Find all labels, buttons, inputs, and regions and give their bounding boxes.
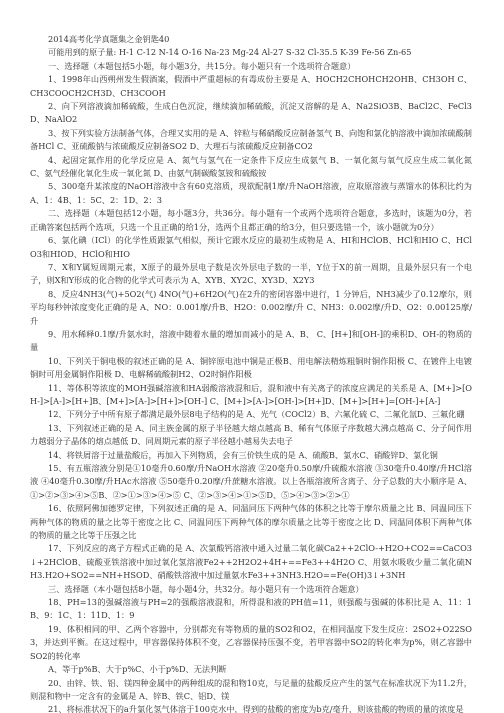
document-title: 2014高考化学真题集之金钥匙40 — [30, 33, 472, 46]
question-9: 9、用水稀释0.1摩/升氨水时，溶液中随着水量的增加而减小的是 A、B、 C、[… — [30, 328, 472, 355]
question-4: 4、起固定氮作用的化学反应是 A、氮气与氢气在一定条件下反应生成氨气 B、一氧化… — [30, 154, 472, 181]
question-8: 8、反应4NH3(气)+5O2(气) 4NO(气)+6H2O(气)在2升的密闭容… — [30, 288, 472, 328]
question-6: 6、氯化碘（ICl）的化学性质跟氯气相似，预计它跟水反应的最初生成物是 A、HI… — [30, 234, 472, 261]
section-heading-3: 三、选择题（本小题包括8小题，每小题4分，共32分。每小题只有一个选项符合题意） — [30, 583, 472, 596]
question-2: 2、向下列溶液滴加稀硫酸，生成白色沉淀，继续滴加稀硫酸，沉淀又溶解的是 A、Na… — [30, 100, 472, 127]
atomic-masses-line: 可能用到的原子量: H-1 C-12 N-14 O-16 Na-23 Mg-24… — [30, 46, 472, 59]
question-19: 19、体积相同的甲、乙两个容器中，分别都充有等物质的量的SO2和O2，在相同温度… — [30, 623, 472, 663]
question-12: 12、下列分子中所有原子都满足最外层8电子结构的是 A、光气（COCl2）B、六… — [30, 408, 472, 421]
question-16: 16、依照阿佛加德罗定律，下列叙述正确的是 A、同温同压下两种气体的体积之比等于… — [30, 502, 472, 542]
question-21: 21、将标准状况下的a升氯化氢气体溶于100克水中，得到的盐酸的密度为b克/毫升… — [30, 703, 472, 713]
section-heading-1: 一、选择题（本题包括5小题，每小题3分，共15分。每小题只有一个选项符合题意） — [30, 60, 472, 73]
question-18: 18、PH=13的强碱溶液与PH=2的强酸溶液混和，所得混和液的PH值=11，则… — [30, 596, 472, 623]
question-7: 7、X和Y属短周期元素，X原子的最外层电子数是次外层电子数的一半，Y位于X的前一… — [30, 261, 472, 288]
question-11: 11、等体积等浓度的MOH强碱溶液和HA弱酸溶液混和后，混和液中有关离子的浓度应… — [30, 382, 472, 409]
document-page: 2014高考化学真题集之金钥匙40 可能用到的原子量: H-1 C-12 N-1… — [30, 33, 472, 713]
question-17: 17、下列反应的离子方程式正确的是 A、次氯酸钙溶液中通入过量二氧化碳Ca2++… — [30, 542, 472, 582]
question-5: 5、300毫升某浓度的NaOH溶液中含有60克溶质，现欲配制1摩/升NaOH溶液… — [30, 180, 472, 207]
question-19-options: A、等于p%B、大于p%C、小于p%D、无法判断 — [30, 663, 472, 676]
question-10: 10、下列关于铜电极的叙述正确的是 A、铜锌原电池中铜是正极B、用电解法精炼粗铜… — [30, 355, 472, 382]
question-20: 20、由锌、铁、铝、镁四种金属中的两种组成的混和物10克，与足量的盐酸反应产生的… — [30, 677, 472, 704]
question-3: 3、按下列实验方法制备气体，合理又实用的是 A、锌粒与稀硝酸反应制备氢气 B、向… — [30, 127, 472, 154]
question-14: 14、将铁屑溶于过量盐酸后，再加入下列物质，会有三价铁生成的是 A、硫酸B、氯水… — [30, 449, 472, 462]
question-1: 1、1998年山西朔州发生假酒案，假酒中严重超标的有毒成份主要是 A、HOCH2… — [30, 73, 472, 100]
question-13: 13、下列叙述正确的是 A、同主族金属的原子半径越大熔点越高 B、稀有气体原子序… — [30, 422, 472, 449]
section-heading-2: 二、选择题（本题包括12小题，每小题3分，共36分。每小题有一个或两个选项符合题… — [30, 207, 472, 234]
question-15: 15、有五瓶溶液分别是①10毫升0.60摩/升NaOH水溶液 ②20毫升0.50… — [30, 462, 472, 502]
